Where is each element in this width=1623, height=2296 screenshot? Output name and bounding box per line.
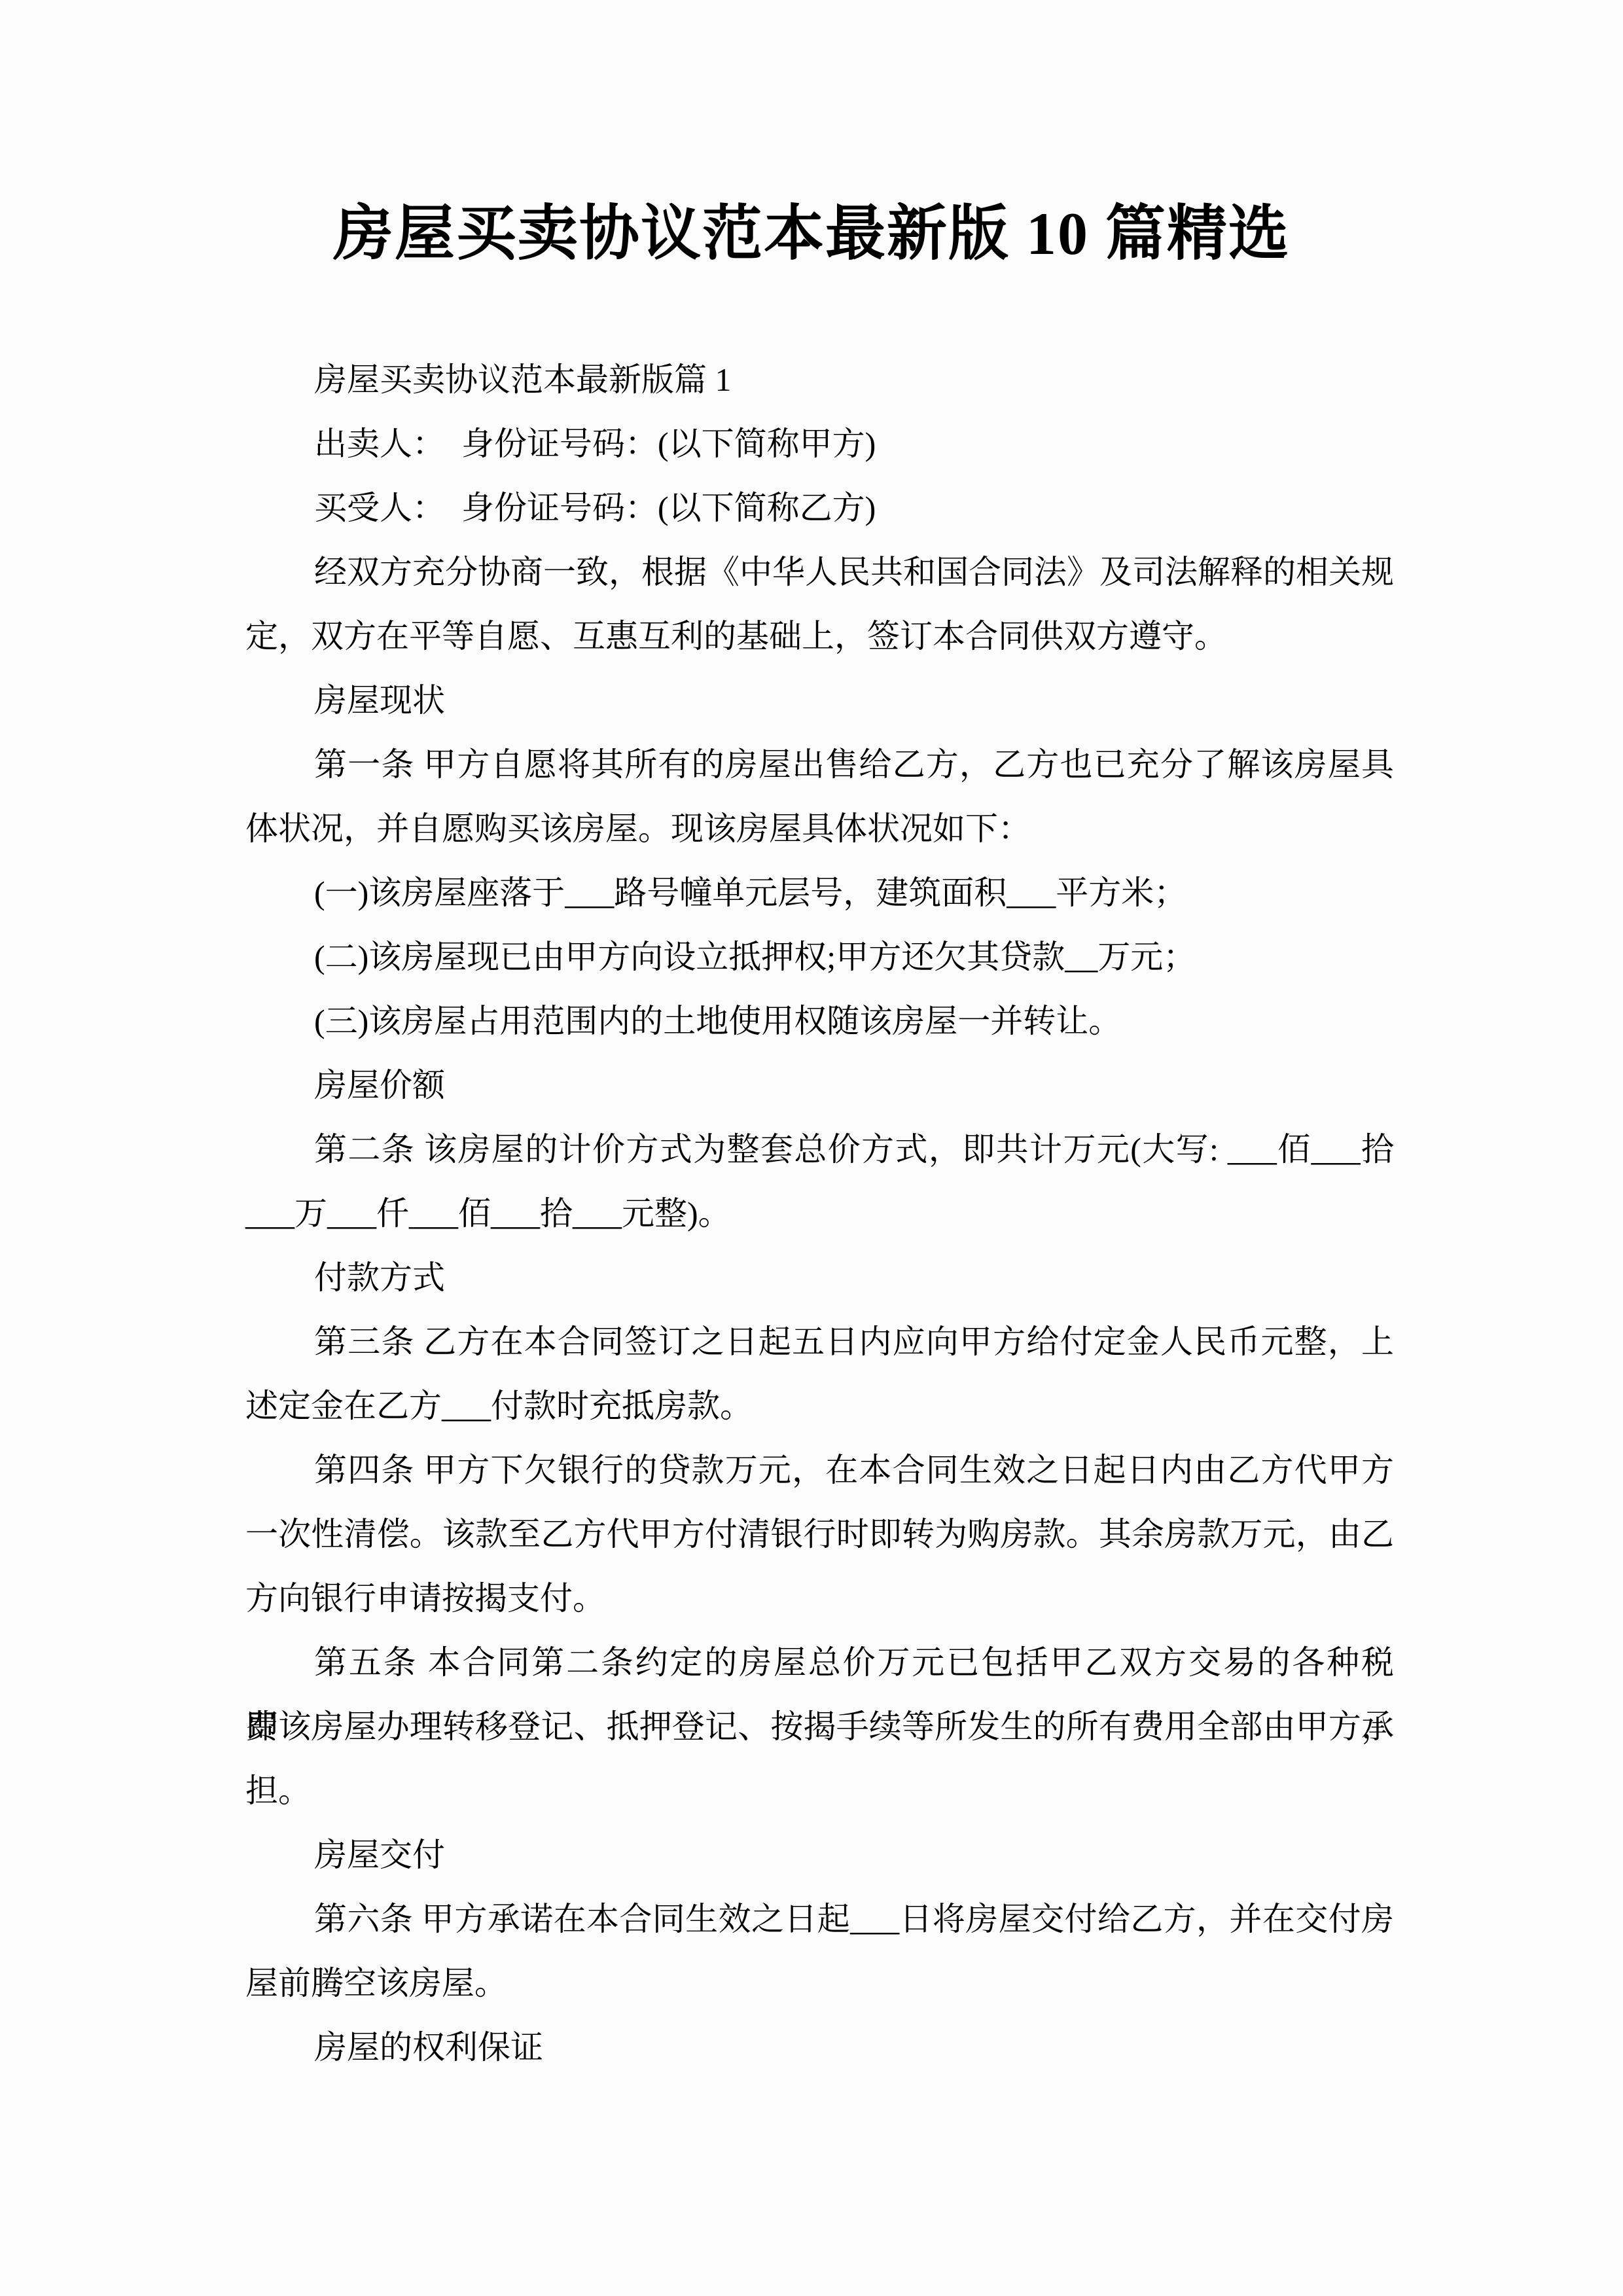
document-line: 房屋现状 (245, 668, 1394, 732)
document-line: 第五条 本合同第二条约定的房屋总价万元已包括甲乙双方交易的各种税费， (245, 1630, 1394, 1695)
document-line: 付款方式 (245, 1246, 1394, 1310)
document-line: 房屋的权利保证 (245, 2015, 1394, 2079)
document-line: (二)该房屋现已由甲方向设立抵押权;甲方还欠其贷款__万元； (245, 925, 1394, 989)
document-body: 房屋买卖协议范本最新版篇 1 出卖人： 身份证号码：(以下简称甲方) 买受人： … (245, 348, 1394, 2079)
document-line: 体状况，并自愿购买该房屋。现该房屋具体状况如下： (245, 797, 1394, 861)
document-line: 屋前腾空该房屋。 (245, 1951, 1394, 2015)
document-line: (三)该房屋占用范围内的土地使用权随该房屋一并转让。 (245, 989, 1394, 1053)
document-line: 担。 (245, 1759, 1394, 1823)
document-line: 第一条 甲方自愿将其所有的房屋出售给乙方，乙方也已充分了解该房屋具 (245, 732, 1394, 797)
document-line: 出卖人： 身份证号码：(以下简称甲方) (245, 412, 1394, 476)
document-page: 房屋买卖协议范本最新版 10 篇精选 房屋买卖协议范本最新版篇 1 出卖人： 身… (0, 0, 1623, 2296)
document-line: 定，双方在平等自愿、互惠互利的基础上，签订本合同供双方遵守。 (245, 604, 1394, 668)
document-line: 房屋买卖协议范本最新版篇 1 (245, 348, 1394, 412)
document-line: 买受人： 身份证号码：(以下简称乙方) (245, 476, 1394, 540)
document-line: 述定金在乙方___付款时充抵房款。 (245, 1374, 1394, 1438)
document-line: 第二条 该房屋的计价方式为整套总价方式，即共计万元(大写: ___佰___拾 (245, 1117, 1394, 1181)
document-line: 房屋价额 (245, 1053, 1394, 1117)
document-line: 经双方充分协商一致，根据《中华人民共和国合同法》及司法解释的相关规 (245, 540, 1394, 604)
document-line: ___万___仟___佰___拾___元整)。 (245, 1181, 1394, 1246)
document-line: 第三条 乙方在本合同签订之日起五日内应向甲方给付定金人民币元整，上 (245, 1310, 1394, 1374)
document-line: 第四条 甲方下欠银行的贷款万元，在本合同生效之日起日内由乙方代甲方 (245, 1438, 1394, 1502)
document-line: 第六条 甲方承诺在本合同生效之日起___日将房屋交付给乙方，并在交付房 (245, 1887, 1394, 1951)
document-line: 房屋交付 (245, 1823, 1394, 1887)
document-line: (一)该房屋座落于___路号幢单元层号，建筑面积___平方米； (245, 861, 1394, 925)
document-line: 方向银行申请按揭支付。 (245, 1566, 1394, 1630)
document-line: 一次性清偿。该款至乙方代甲方付清银行时即转为购房款。其余房款万元，由乙 (245, 1502, 1394, 1566)
page-title: 房屋买卖协议范本最新版 10 篇精选 (0, 0, 1623, 272)
document-line: 即该房屋办理转移登记、抵押登记、按揭手续等所发生的所有费用全部由甲方承 (245, 1695, 1394, 1759)
